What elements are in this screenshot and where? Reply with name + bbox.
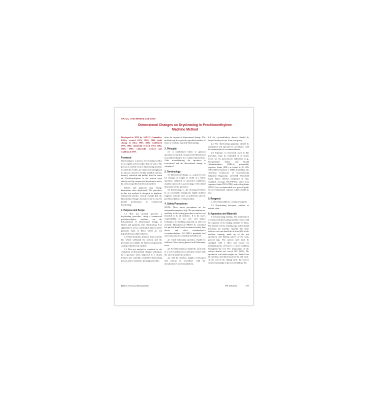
- page-title: Dimensional Changes on Drycleaning in Pe…: [121, 123, 249, 132]
- paragraph: 6.1 Drycleaning machine. The load limit …: [208, 216, 249, 265]
- paragraph: 4.4 An eyewash/safety shower should be l…: [208, 136, 249, 142]
- section-3-heading: 3. Terminology: [165, 171, 206, 173]
- page-number: 277: [246, 285, 249, 287]
- paragraph: mine the amount of dimensional change. T…: [165, 136, 206, 145]
- column-3: 4.4 An eyewash/safety shower should be l…: [208, 136, 249, 280]
- paragraph: 2.1 A conditioned fabric or garment spec…: [165, 151, 206, 168]
- paragraph: 4.1 Good laboratory practices should be …: [165, 239, 206, 248]
- safety-note-paragraph: NOTE: These safety precautions are for i…: [165, 206, 206, 237]
- paragraph: Drycleaning is a process for cleaning te…: [121, 160, 162, 186]
- section-5-heading: 5. Reagents: [208, 198, 249, 200]
- paragraph: 5.2 Drycleaning detergent, cationic or a…: [208, 204, 249, 210]
- document-page: AATCC Test Method 158-2000 Dimensional C…: [114, 107, 254, 306]
- footer-manual-label: AATCC Technical Manual/2000: [121, 285, 149, 287]
- text-columns: Developed in 1970 by AATCC Committee RA4…: [121, 136, 249, 280]
- section-1-heading: 1. Purpose and Scope: [121, 209, 162, 211]
- section-2-heading: 2. Principle: [165, 148, 206, 150]
- footer-right-group: TM 158-2000 277: [225, 285, 249, 287]
- paragraph: 3.2 drycleaning, n.—the cleaning of fabr…: [165, 189, 206, 200]
- paragraph: 5.1 Perchloroethylene, commercial grade.: [208, 201, 249, 204]
- foreword-heading: Foreword: [121, 157, 162, 159]
- page-footer: AATCC Technical Manual/2000 TM 158-2000 …: [121, 285, 249, 287]
- section-4-heading: 4. Safety Precautions: [165, 203, 206, 205]
- screenshot-canvas: { "page": { "header": "AATCC Test Method…: [0, 0, 368, 420]
- paragraph: 3.1 dimensional change, n.—a generic ter…: [165, 174, 206, 188]
- column-1: Developed in 1970 by AATCC Committee RA4…: [121, 136, 162, 280]
- page-content: AATCC Test Method 158-2000 Dimensional C…: [121, 118, 249, 287]
- paragraph: 4.3 Add the machine supply of detergent …: [165, 257, 206, 266]
- developed-note: Developed in 1970 by AATCC Committee RA4…: [121, 136, 162, 153]
- paragraph: 4.2 Perchloroethylene should be used onl…: [165, 248, 206, 257]
- paragraph: Fabrics and garments may change dimensio…: [121, 187, 162, 207]
- paragraph: 4.6 Exposure to chemicals used in this p…: [208, 152, 249, 195]
- title-line-2: Machine Method: [121, 127, 249, 131]
- method-number-header: AATCC Test Method 158-2000: [121, 118, 249, 120]
- paragraph: 1.1 This test method specifies a dryclea…: [121, 213, 162, 236]
- section-6-heading: 6. Apparatus and Materials: [208, 213, 249, 215]
- paragraph: 1.3 This test method is restricted to th…: [121, 248, 162, 262]
- paragraph: 1.2 Only dyestuffs, finishes, trims and …: [121, 236, 162, 247]
- paragraph: 4.5 The drycleaning apparatus should be …: [208, 143, 249, 152]
- column-2: mine the amount of dimensional change. T…: [165, 136, 206, 280]
- footer-method-label: TM 158-2000: [225, 285, 237, 287]
